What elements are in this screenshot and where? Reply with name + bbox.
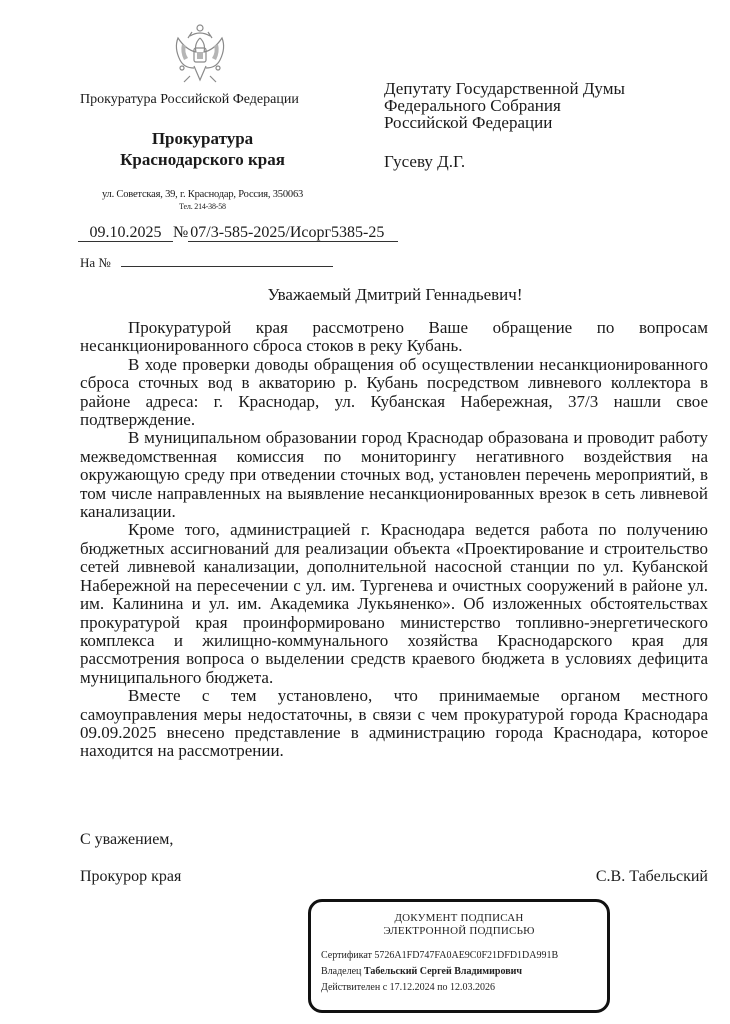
letter-body: Прокуратурой края рассмотрено Ваше обращ… <box>80 319 708 761</box>
stamp-title: ДОКУМЕНТ ПОДПИСАН ЭЛЕКТРОННОЙ ПОДПИСЬЮ <box>321 912 597 938</box>
reg-number: 07/3-585-2025/Исорг5385-25 <box>188 224 398 242</box>
org-name-line2: Краснодарского края <box>80 149 325 170</box>
signer-name: С.В. Табельский <box>596 868 708 886</box>
addressee-block: Депутату Государственной Думы Федерально… <box>384 80 625 170</box>
paragraph: Вместе с тем установлено, что принимаемы… <box>80 687 708 761</box>
paragraph: В ходе проверки доводы обращения об осущ… <box>80 356 708 430</box>
reference-line: На № <box>80 255 333 271</box>
paragraph: Кроме того, администрацией г. Краснодара… <box>80 521 708 687</box>
certificate-value: 5726A1FD747FA0AE9C0F21DFD1DA991B <box>374 950 558 961</box>
owner-value: Табельский Сергей Владимирович <box>364 966 522 977</box>
org-parent-name: Прокуратура Российской Федерации <box>80 92 299 108</box>
org-address-block: ул. Советская, 39, г. Краснодар, Россия,… <box>80 189 325 213</box>
stamp-certificate-row: Сертификат 5726A1FD747FA0AE9C0F21DFD1DA9… <box>321 948 597 964</box>
coat-of-arms-icon <box>168 22 232 88</box>
signer-position: Прокурор края <box>80 868 181 886</box>
valid-to: 12.03.2026 <box>450 982 495 993</box>
stamp-title-line1: ДОКУМЕНТ ПОДПИСАН <box>321 912 597 925</box>
registration-line: 09.10.2025№07/3-585-2025/Исорг5385-25 <box>78 224 398 242</box>
org-name: Прокуратура Краснодарского края <box>80 128 325 170</box>
valid-to-label: по <box>437 982 447 993</box>
closing: С уважением, <box>80 831 173 849</box>
valid-from-label: с <box>383 982 387 993</box>
ref-blank-field <box>121 256 333 267</box>
addressee-name: Гусеву Д.Г. <box>384 153 625 170</box>
stamp-owner-row: Владелец Табельский Сергей Владимирович <box>321 964 597 980</box>
ref-label: На № <box>80 255 111 270</box>
paragraph: В муниципальном образовании город Красно… <box>80 429 708 521</box>
stamp-title-line2: ЭЛЕКТРОННОЙ ПОДПИСЬЮ <box>321 925 597 938</box>
addressee-line1: Депутату Государственной Думы <box>384 80 625 97</box>
greeting: Уважаемый Дмитрий Геннадьевич! <box>0 285 730 305</box>
reg-date: 09.10.2025 <box>78 224 173 242</box>
valid-label: Действителен <box>321 982 380 993</box>
stamp-validity-row: Действителен с 17.12.2024 по 12.03.2026 <box>321 980 597 996</box>
paragraph: Прокуратурой края рассмотрено Ваше обращ… <box>80 319 708 356</box>
reg-number-label: № <box>173 224 188 241</box>
org-address: ул. Советская, 39, г. Краснодар, Россия,… <box>102 189 303 200</box>
valid-from: 17.12.2024 <box>390 982 435 993</box>
electronic-signature-stamp: ДОКУМЕНТ ПОДПИСАН ЭЛЕКТРОННОЙ ПОДПИСЬЮ С… <box>308 899 610 1013</box>
certificate-label: Сертификат <box>321 950 372 961</box>
org-name-line1: Прокуратура <box>80 128 325 149</box>
owner-label: Владелец <box>321 966 361 977</box>
org-phone: Тел. 214-38-58 <box>80 201 325 213</box>
addressee-line3: Российской Федерации <box>384 114 625 131</box>
addressee-line2: Федерального Собрания <box>384 97 625 114</box>
